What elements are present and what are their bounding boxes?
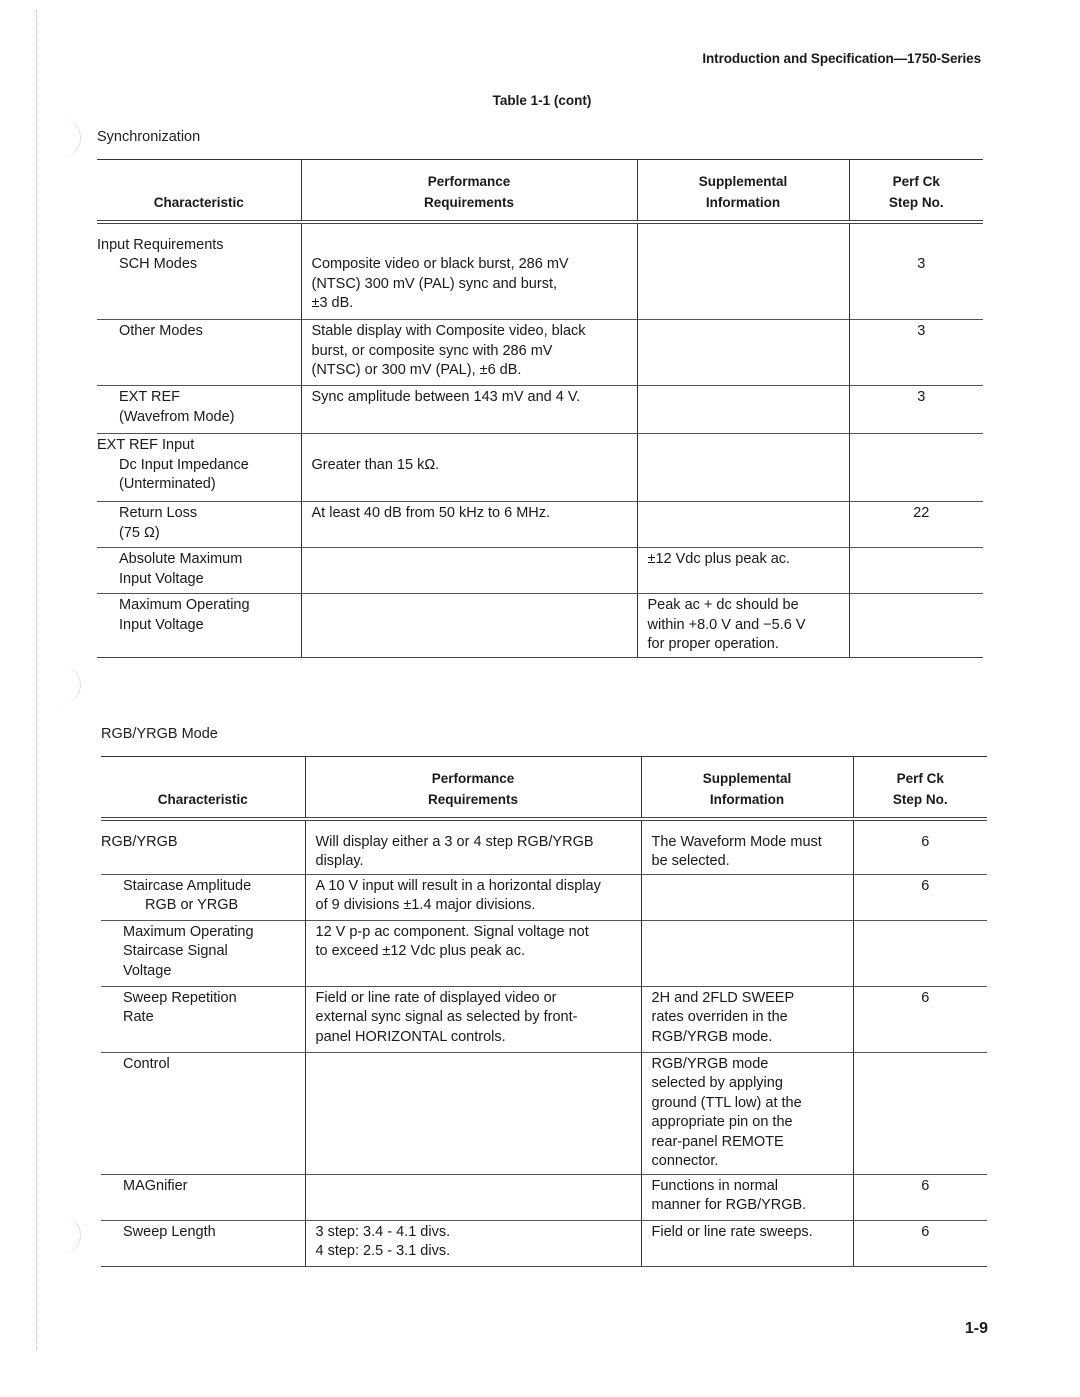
cell-supplemental-information: 2H and 2FLD SWEEPrates overriden in theR… <box>641 986 853 1052</box>
table-row: Sweep RepetitionRateField or line rate o… <box>101 986 987 1052</box>
cell-performance-requirements: A 10 V input will result in a horizontal… <box>305 874 641 920</box>
scan-artifact <box>40 665 81 705</box>
cell-performance-requirements: Sync amplitude between 143 mV and 4 V. <box>301 386 637 434</box>
cell-characteristic: MAGnifier <box>101 1174 305 1220</box>
cell-supplemental-information: Peak ac + dc should bewithin +8.0 V and … <box>637 594 849 658</box>
rgb-mode-table: Characteristic PerformanceRequirements S… <box>101 756 987 1267</box>
table-header-row: Characteristic PerformanceRequirements S… <box>97 160 983 222</box>
cell-characteristic: Absolute MaximumInput Voltage <box>97 548 301 594</box>
cell-perf-ck-step: 6 <box>853 1220 987 1266</box>
table-row: EXT REF(Wavefrom Mode)Sync amplitude bet… <box>97 386 983 434</box>
cell-performance-requirements: 3 step: 3.4 - 4.1 divs.4 step: 2.5 - 3.1… <box>305 1220 641 1266</box>
cell-performance-requirements <box>301 548 637 594</box>
cell-supplemental-information <box>637 320 849 386</box>
scan-margin-mark <box>36 10 38 1350</box>
page-number: 1-9 <box>965 1320 988 1338</box>
cell-characteristic: Staircase AmplitudeRGB or YRGB <box>101 874 305 920</box>
column-header-performance: PerformanceRequirements <box>301 160 637 222</box>
column-header-perf-ck: Perf CkStep No. <box>849 160 983 222</box>
cell-perf-ck-step: 3 <box>849 320 983 386</box>
cell-supplemental-information: Functions in normalmanner for RGB/YRGB. <box>641 1174 853 1220</box>
table-row: Staircase AmplitudeRGB or YRGBA 10 V inp… <box>101 874 987 920</box>
cell-supplemental-information: ±12 Vdc plus peak ac. <box>637 548 849 594</box>
cell-supplemental-information <box>637 434 849 502</box>
cell-characteristic: Control <box>101 1052 305 1174</box>
cell-perf-ck-step <box>849 594 983 658</box>
cell-perf-ck-step: 6 <box>853 874 987 920</box>
cell-supplemental-information: RGB/YRGB modeselected by applyingground … <box>641 1052 853 1174</box>
cell-perf-ck-step <box>853 920 987 986</box>
table-header-row: Characteristic PerformanceRequirements S… <box>101 757 987 819</box>
cell-supplemental-information <box>637 222 849 320</box>
cell-performance-requirements: At least 40 dB from 50 kHz to 6 MHz. <box>301 502 637 548</box>
cell-performance-requirements <box>301 594 637 658</box>
cell-supplemental-information <box>641 874 853 920</box>
cell-perf-ck-step: 6 <box>853 1174 987 1220</box>
cell-characteristic: EXT REF InputDc Input Impedance(Untermin… <box>97 434 301 502</box>
table-row: MAGnifierFunctions in normalmanner for R… <box>101 1174 987 1220</box>
cell-supplemental-information <box>637 502 849 548</box>
cell-perf-ck-step: 3 <box>849 386 983 434</box>
synchronization-table-body: Input RequirementsSCH Modes Composite vi… <box>97 222 983 658</box>
cell-supplemental-information: The Waveform Mode mustbe selected. <box>641 819 853 875</box>
table-row: Maximum OperatingInput VoltagePeak ac + … <box>97 594 983 658</box>
cell-performance-requirements: Composite video or black burst, 286 mV(N… <box>301 222 637 320</box>
cell-characteristic: Sweep RepetitionRate <box>101 986 305 1052</box>
column-header-performance: PerformanceRequirements <box>305 757 641 819</box>
cell-performance-requirements: Stable display with Composite video, bla… <box>301 320 637 386</box>
cell-characteristic: RGB/YRGB <box>101 819 305 875</box>
synchronization-table: Characteristic PerformanceRequirements S… <box>97 159 983 658</box>
cell-supplemental-information <box>641 920 853 986</box>
cell-perf-ck-step: 6 <box>853 986 987 1052</box>
cell-characteristic: Maximum OperatingStaircase SignalVoltage <box>101 920 305 986</box>
cell-perf-ck-step: 3 <box>849 222 983 320</box>
scan-artifact <box>40 1215 81 1255</box>
column-header-characteristic: Characteristic <box>97 160 301 222</box>
cell-perf-ck-step <box>853 1052 987 1174</box>
rgb-mode-table-body: RGB/YRGBWill display either a 3 or 4 ste… <box>101 819 987 1267</box>
cell-performance-requirements: Field or line rate of displayed video or… <box>305 986 641 1052</box>
cell-supplemental-information: Field or line rate sweeps. <box>641 1220 853 1266</box>
cell-perf-ck-step: 22 <box>849 502 983 548</box>
section-title-rgb-mode: RGB/YRGB Mode <box>101 726 218 742</box>
cell-characteristic: Input RequirementsSCH Modes <box>97 222 301 320</box>
table-row: Sweep Length3 step: 3.4 - 4.1 divs.4 ste… <box>101 1220 987 1266</box>
table-row: Return Loss(75 Ω)At least 40 dB from 50 … <box>97 502 983 548</box>
column-header-perf-ck: Perf CkStep No. <box>853 757 987 819</box>
cell-characteristic: EXT REF(Wavefrom Mode) <box>97 386 301 434</box>
cell-performance-requirements: Greater than 15 kΩ. <box>301 434 637 502</box>
column-header-supplemental: SupplementalInformation <box>641 757 853 819</box>
running-head: Introduction and Specification—1750-Seri… <box>702 51 981 66</box>
table-row: Absolute MaximumInput Voltage±12 Vdc plu… <box>97 548 983 594</box>
column-header-characteristic: Characteristic <box>101 757 305 819</box>
table-row: Input RequirementsSCH Modes Composite vi… <box>97 222 983 320</box>
table-row: Maximum OperatingStaircase SignalVoltage… <box>101 920 987 986</box>
cell-performance-requirements: 12 V p-p ac component. Signal voltage no… <box>305 920 641 986</box>
cell-characteristic: Other Modes <box>97 320 301 386</box>
cell-performance-requirements <box>305 1174 641 1220</box>
cell-perf-ck-step: 6 <box>853 819 987 875</box>
cell-performance-requirements <box>305 1052 641 1174</box>
section-title-synchronization: Synchronization <box>97 129 200 145</box>
cell-performance-requirements: Will display either a 3 or 4 step RGB/YR… <box>305 819 641 875</box>
cell-perf-ck-step <box>849 434 983 502</box>
cell-supplemental-information <box>637 386 849 434</box>
table-title: Table 1-1 (cont) <box>0 93 1080 108</box>
table-row: EXT REF InputDc Input Impedance(Untermin… <box>97 434 983 502</box>
table-row: RGB/YRGBWill display either a 3 or 4 ste… <box>101 819 987 875</box>
scan-artifact <box>40 118 81 158</box>
table-row: Other ModesStable display with Composite… <box>97 320 983 386</box>
cell-perf-ck-step <box>849 548 983 594</box>
cell-characteristic: Maximum OperatingInput Voltage <box>97 594 301 658</box>
cell-characteristic: Sweep Length <box>101 1220 305 1266</box>
table-row: ControlRGB/YRGB modeselected by applying… <box>101 1052 987 1174</box>
cell-characteristic: Return Loss(75 Ω) <box>97 502 301 548</box>
column-header-supplemental: SupplementalInformation <box>637 160 849 222</box>
